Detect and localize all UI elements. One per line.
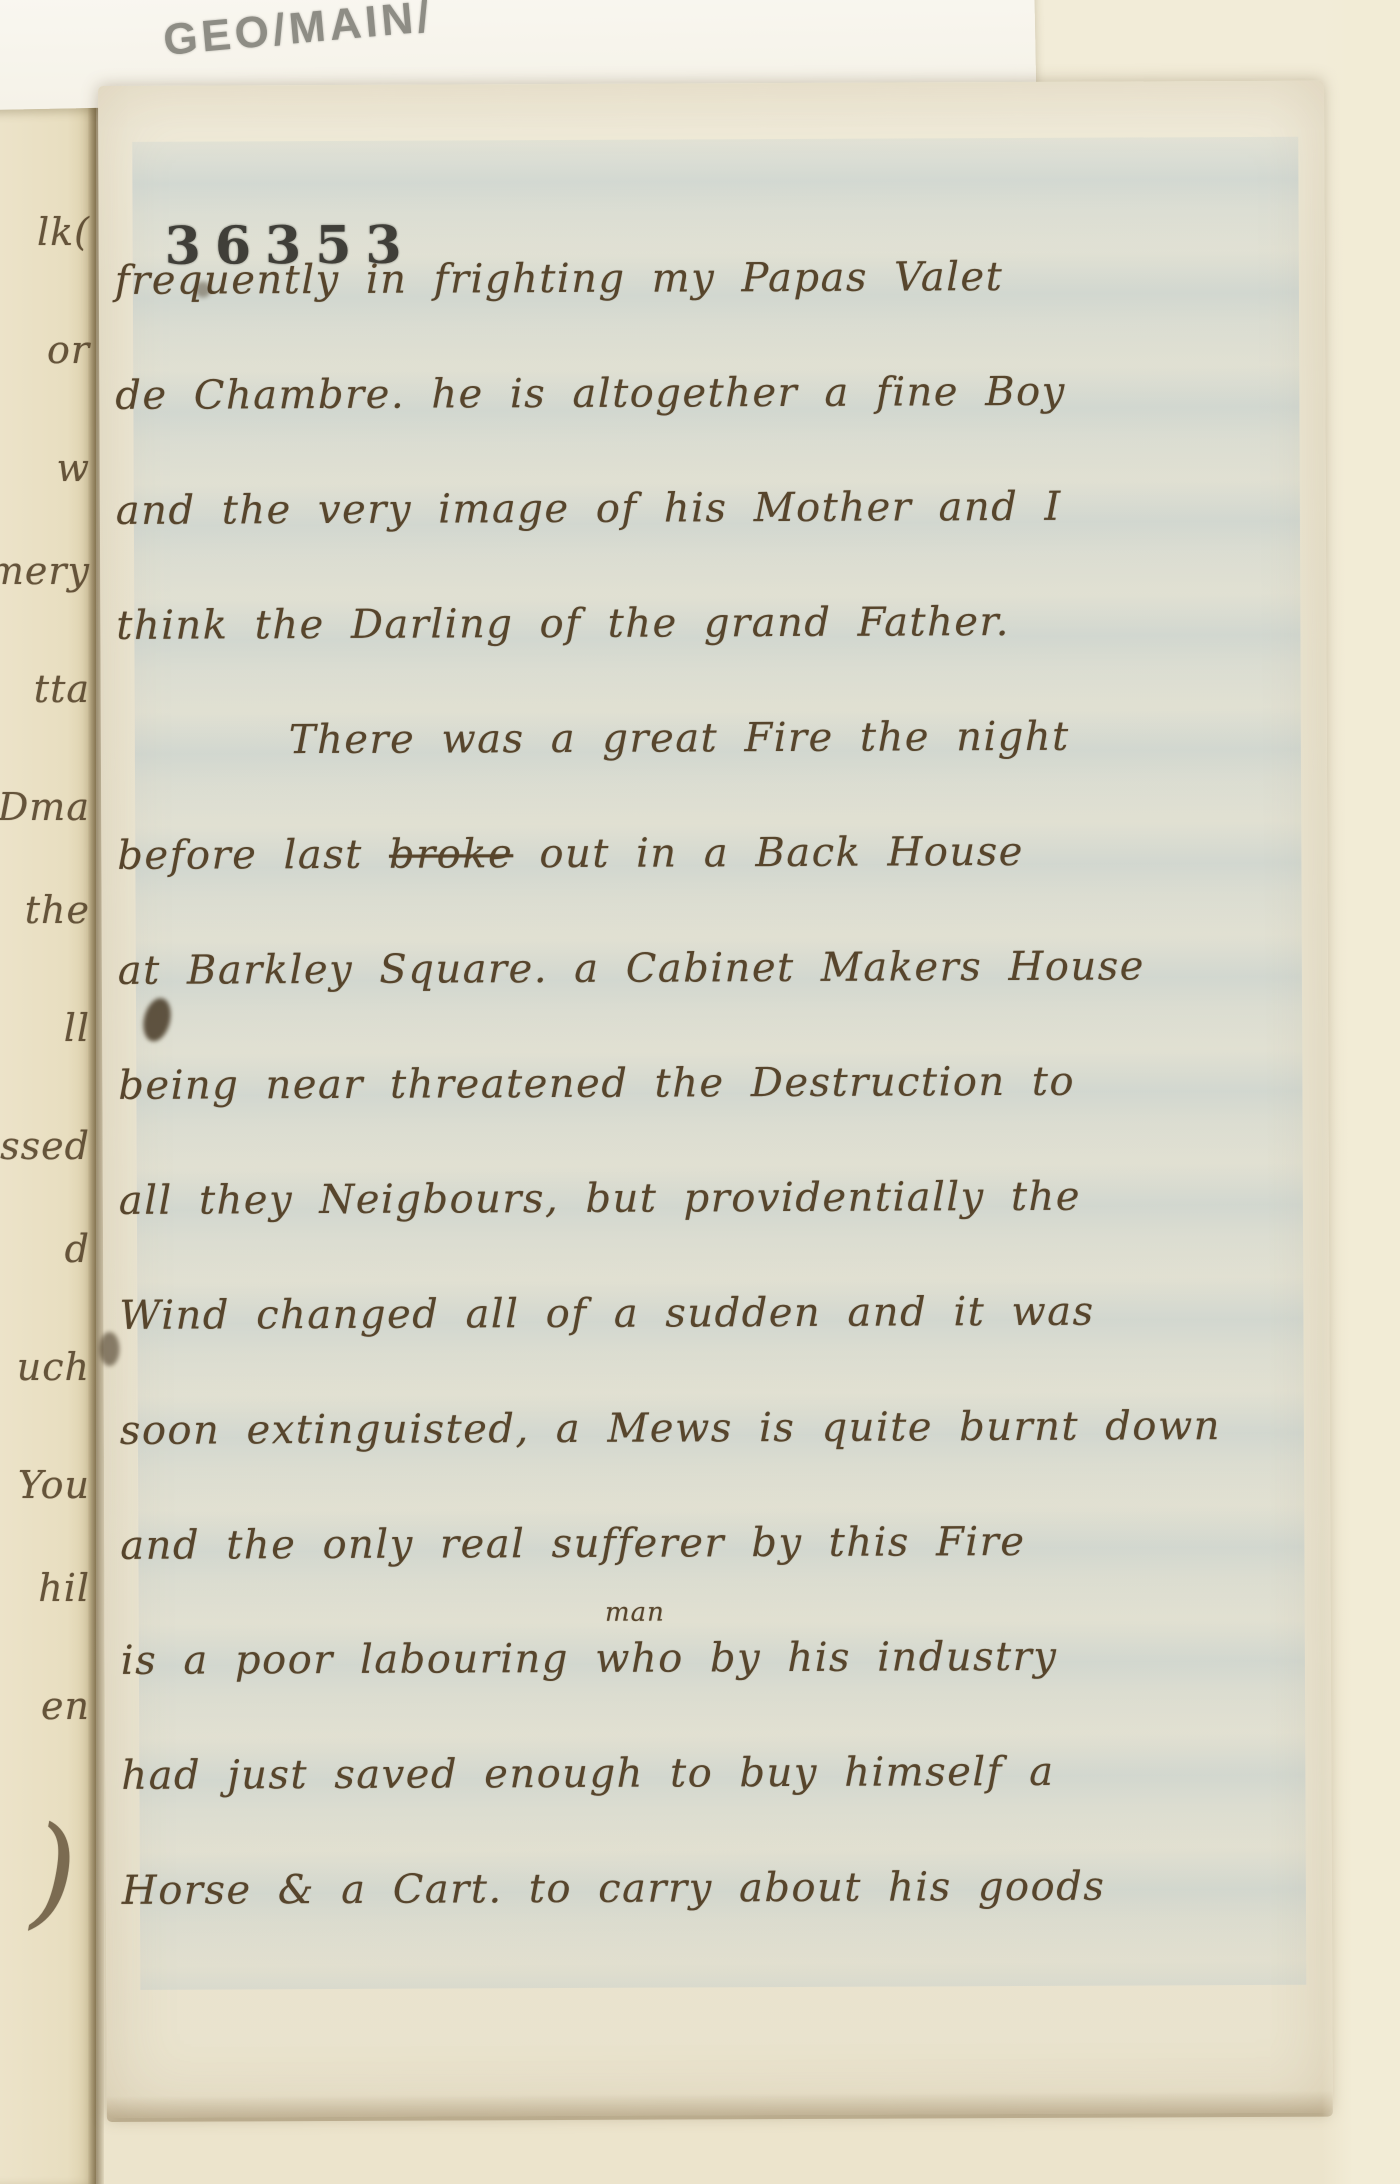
letter-line: at Barkley Square. a Cabinet Makers Hous… [118, 909, 1318, 1029]
letter-line: and the very image of his Mother and I [116, 449, 1316, 569]
pencil-annotation: GEO/MAIN/ [161, 0, 435, 66]
letter-line: had just saved enough to buy himself a [121, 1714, 1321, 1834]
ink-blot [99, 1332, 119, 1366]
letter-line: before last broke out in a Back House [117, 794, 1317, 914]
struck-through-word: broke [389, 831, 513, 878]
letter-line: being near threatened the Destruction to [118, 1024, 1318, 1144]
facing-page-text-fragment: uch [17, 1345, 90, 1389]
letter-line: Horse & a Cart. to carry about his goods [122, 1829, 1322, 1949]
letter-scan: lk(orwgomeryttaDmathellassedduchYouhilen… [0, 0, 1400, 2184]
letter-line: de Chambre. he is altogether a fine Boy [115, 334, 1315, 454]
facing-page-text-fragment: w [56, 446, 90, 490]
letter-line: and the only real sufferer by this Fire [120, 1484, 1320, 1604]
facing-page-text-fragment: You [18, 1463, 90, 1507]
letter-line: all they Neigbours, but providentially t… [119, 1139, 1319, 1259]
letter-lines: frequently in frighting my Papas Valetde… [115, 219, 1323, 1949]
letter-line: There was a great Fire the night [117, 679, 1317, 799]
facing-page-text-fragment: Dma [0, 785, 90, 829]
letter-page: 36353 frequently in frighting my Papas V… [98, 81, 1333, 2118]
facing-page-text-fragment: ) [30, 1802, 78, 1941]
facing-page-text-fragment: or [47, 328, 90, 372]
facing-page-text-fragment: the [25, 888, 90, 932]
facing-page-text-fragment: tta [34, 667, 90, 711]
facing-page-text-fragment: hil [38, 1566, 90, 1610]
facing-page-text-fragment: lk( [37, 210, 90, 254]
inserted-word-above-line: man [605, 1600, 665, 1626]
letter-line: Wind changed all of a sudden and it was [119, 1254, 1319, 1374]
facing-page-text-fragment: en [41, 1684, 90, 1728]
facing-page-edge: lk(orwgomeryttaDmathellassedduchYouhilen… [0, 62, 96, 2184]
letter-line: is a poor labouring manwho by his indust… [121, 1599, 1321, 1719]
letter-line: think the Darling of the grand Father. [116, 564, 1316, 684]
letter-line: soon extinguisted, a Mews is quite burnt… [120, 1369, 1320, 1489]
backing-board [1322, 0, 1400, 2184]
facing-page-text-fragment: d [65, 1227, 90, 1271]
ink-blot [195, 282, 211, 298]
facing-page-text-fragment: ll [64, 1006, 90, 1050]
caret-insertion-anchor: manwho by his industry [595, 1634, 1057, 1682]
facing-page-text-fragment: assed [0, 1124, 90, 1168]
page-bottom-crease [107, 2091, 1333, 2122]
facing-page-text-fragment: gomery [0, 549, 90, 593]
letter-line: frequently in frighting my Papas Valet [115, 219, 1315, 339]
